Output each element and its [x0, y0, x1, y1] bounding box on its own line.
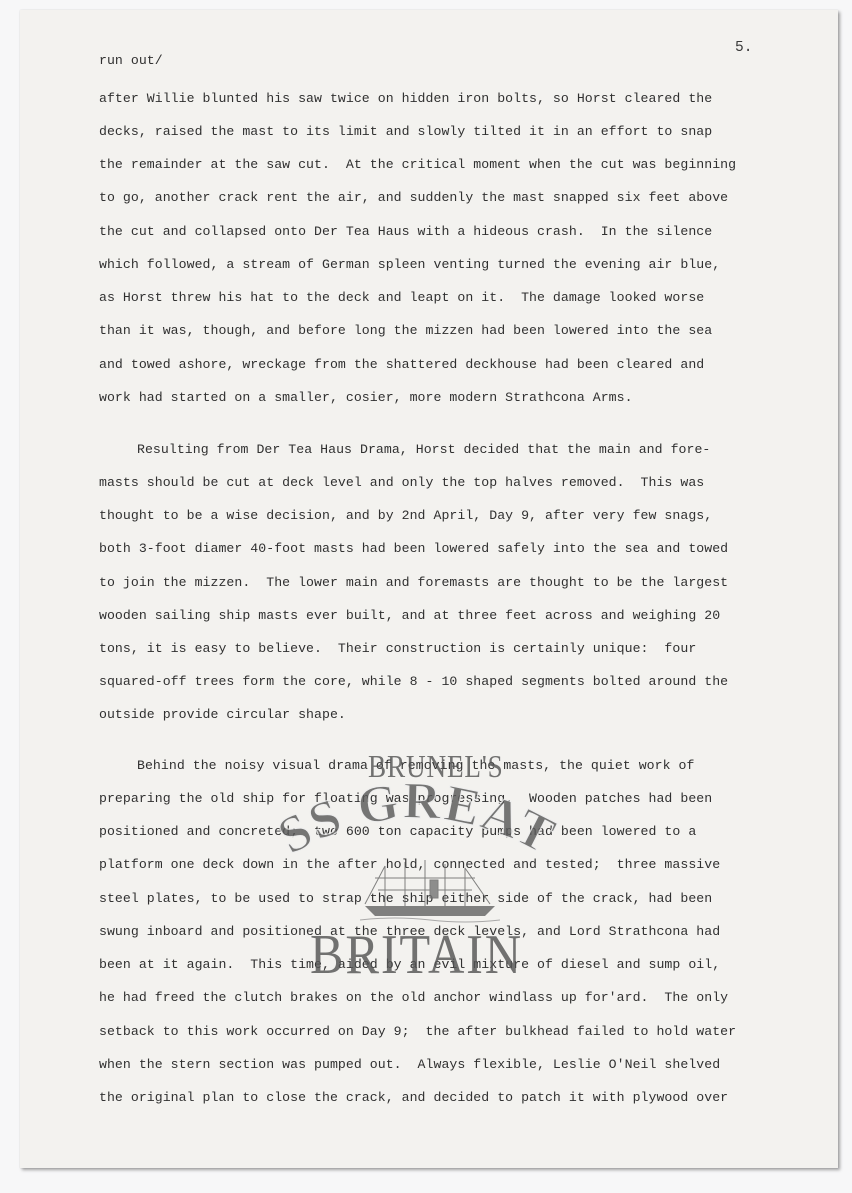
text-line: after Willie blunted his saw twice on hi… [99, 91, 712, 107]
text-line: the cut and collapsed onto Der Tea Haus … [99, 224, 712, 240]
text-line: steel plates, to be used to strap the sh… [99, 891, 712, 907]
text-line: outside provide circular shape. [99, 707, 346, 723]
text-line: when the stern section was pumped out. A… [99, 1057, 720, 1073]
text-line: which followed, a stream of German splee… [99, 257, 720, 273]
text-line: work had started on a smaller, cosier, m… [99, 390, 633, 406]
text-line: preparing the old ship for floating was … [99, 791, 712, 807]
text-line: the remainder at the saw cut. At the cri… [99, 157, 736, 173]
text-line: he had freed the clutch brakes on the ol… [99, 990, 728, 1006]
text-line: Resulting from Der Tea Haus Drama, Horst… [137, 442, 710, 458]
text-line: Behind the noisy visual drama of removin… [137, 758, 694, 774]
text-line: as Horst threw his hat to the deck and l… [99, 290, 704, 306]
text-line: decks, raised the mast to its limit and … [99, 124, 712, 140]
text-line: platform one deck down in the after hold… [99, 857, 720, 873]
text-line: and towed ashore, wreckage from the shat… [99, 357, 704, 373]
text-line: squared-off trees form the core, while 8… [99, 674, 728, 690]
text-line: both 3-foot diamer 40-foot masts had bee… [99, 541, 728, 557]
text-line: positioned and concreted; two 600 ton ca… [99, 824, 696, 840]
page-number: 5. [735, 40, 752, 56]
text-line: to join the mizzen. The lower main and f… [99, 575, 728, 591]
text-line: tons, it is easy to believe. Their const… [99, 641, 696, 657]
text-line: the original plan to close the crack, an… [99, 1090, 728, 1106]
text-line: than it was, though, and before long the… [99, 323, 712, 339]
text-line: to go, another crack rent the air, and s… [99, 190, 728, 206]
continuation-header: run out/ [99, 53, 163, 69]
text-line: masts should be cut at deck level and on… [99, 475, 704, 491]
text-line: setback to this work occurred on Day 9; … [99, 1024, 736, 1040]
text-line: wooden sailing ship masts ever built, an… [99, 608, 720, 624]
text-line: thought to be a wise decision, and by 2n… [99, 508, 712, 524]
text-line: been at it again. This time, aided by an… [99, 957, 720, 973]
text-line: swung inboard and positioned at the thre… [99, 924, 720, 940]
